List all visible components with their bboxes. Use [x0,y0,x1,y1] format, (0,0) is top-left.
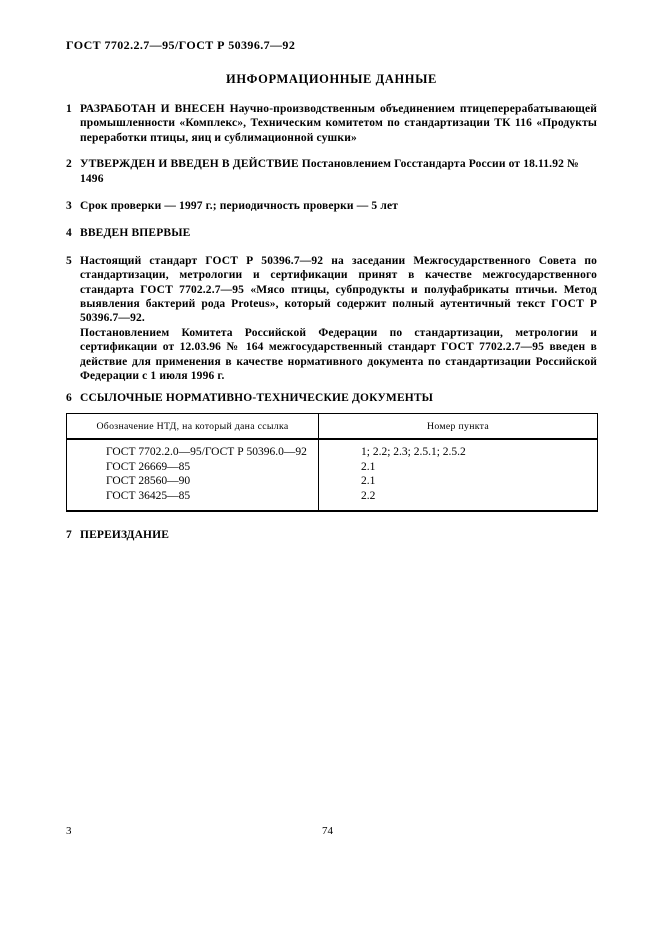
item-5: 5 Настоящий стандарт ГОСТ Р 50396.7—92 н… [66,254,597,384]
item-6: 6 ССЫЛОЧНЫЕ НОРМАТИВНО-ТЕХНИЧЕСКИЕ ДОКУМ… [66,391,597,405]
item-3-number: 3 [66,199,80,213]
page-content: ГОСТ 7702.2.7—95/ГОСТ Р 50396.7—92 ИНФОР… [66,38,597,543]
table-header-punkt: Номер пункта [319,413,598,439]
item-3: 3 Срок проверки — 1997 г.; периодичность… [66,199,597,213]
item-7: 7 ПЕРЕИЗДАНИЕ [66,528,597,542]
document-page: ГОСТ 7702.2.7—95/ГОСТ Р 50396.7—92 ИНФОР… [0,0,661,936]
table-cell-ntd: ГОСТ 28560—90 [67,474,319,489]
item-1-number: 1 [66,102,80,145]
numbered-items: 1 РАЗРАБОТАН И ВНЕСЕН Научно-производств… [66,102,597,543]
item-5-text: Настоящий стандарт ГОСТ Р 50396.7—92 на … [80,254,597,384]
table-row: ГОСТ 36425—85 2.2 [67,489,598,512]
item-7-number: 7 [66,528,80,542]
item-4-text: ВВЕДЕН ВПЕРВЫЕ [80,226,597,240]
table-row: ГОСТ 26669—85 2.1 [67,460,598,475]
table-header-ntd: Обозначение НТД, на который дана ссылка [67,413,319,439]
table-row: ГОСТ 7702.2.0—95/ГОСТ Р 50396.0—92 1; 2.… [67,439,598,460]
item-5-paragraph-1: Настоящий стандарт ГОСТ Р 50396.7—92 на … [80,254,597,326]
table-cell-punkt: 2.1 [319,460,598,475]
item-5-paragraph-2: Постановлением Комитета Российской Федер… [80,326,597,384]
table-row: ГОСТ 28560—90 2.1 [67,474,598,489]
item-2-number: 2 [66,157,80,186]
item-3-text: Срок проверки — 1997 г.; периодичность п… [80,199,597,213]
item-4: 4 ВВЕДЕН ВПЕРВЫЕ [66,226,597,240]
table-cell-punkt: 2.1 [319,474,598,489]
table-cell-ntd: ГОСТ 36425—85 [67,489,319,512]
item-1: 1 РАЗРАБОТАН И ВНЕСЕН Научно-производств… [66,102,597,145]
item-2-text: УТВЕРЖДЕН И ВВЕДЕН В ДЕЙСТВИЕ Постановле… [80,157,597,186]
item-4-number: 4 [66,226,80,240]
table-header-row: Обозначение НТД, на который дана ссылка … [67,413,598,439]
doc-code: ГОСТ 7702.2.7—95/ГОСТ Р 50396.7—92 [66,38,597,53]
item-6-number: 6 [66,391,80,405]
item-1-text: РАЗРАБОТАН И ВНЕСЕН Научно-производствен… [80,102,597,145]
footer-page-number-center: 74 [0,825,655,837]
table-cell-punkt: 1; 2.2; 2.3; 2.5.1; 2.5.2 [319,439,598,460]
table-cell-ntd: ГОСТ 26669—85 [67,460,319,475]
item-2: 2 УТВЕРЖДЕН И ВВЕДЕН В ДЕЙСТВИЕ Постанов… [66,157,597,186]
item-5-number: 5 [66,254,80,384]
table-cell-ntd: ГОСТ 7702.2.0—95/ГОСТ Р 50396.0—92 [67,439,319,460]
item-7-text: ПЕРЕИЗДАНИЕ [80,528,597,542]
table-cell-punkt: 2.2 [319,489,598,512]
page-title: ИНФОРМАЦИОННЫЕ ДАННЫЕ [66,72,597,87]
item-6-text: ССЫЛОЧНЫЕ НОРМАТИВНО-ТЕХНИЧЕСКИЕ ДОКУМЕН… [80,391,597,405]
reference-table: Обозначение НТД, на который дана ссылка … [66,413,598,512]
